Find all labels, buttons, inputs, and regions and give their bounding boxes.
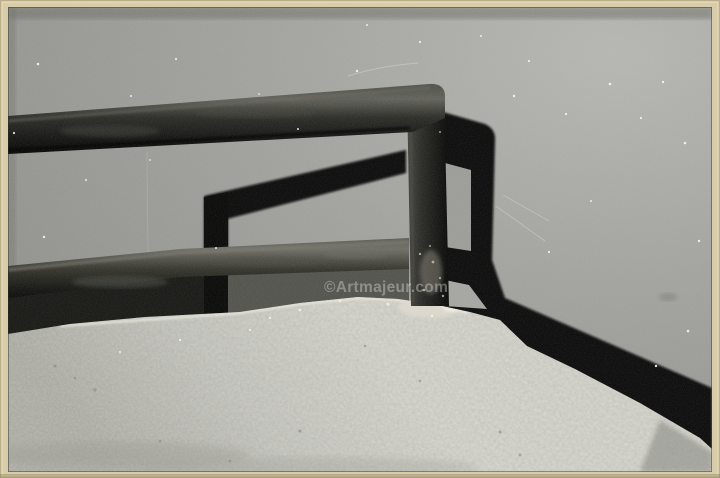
film-grain: [8, 7, 712, 472]
photo-area: ©Artmajeur.com: [0, 7, 712, 478]
photograph: ©Artmajeur.com: [0, 0, 720, 478]
paper-bottom-shade: [0, 474, 720, 478]
photo-print: ©Artmajeur.com: [0, 0, 720, 478]
